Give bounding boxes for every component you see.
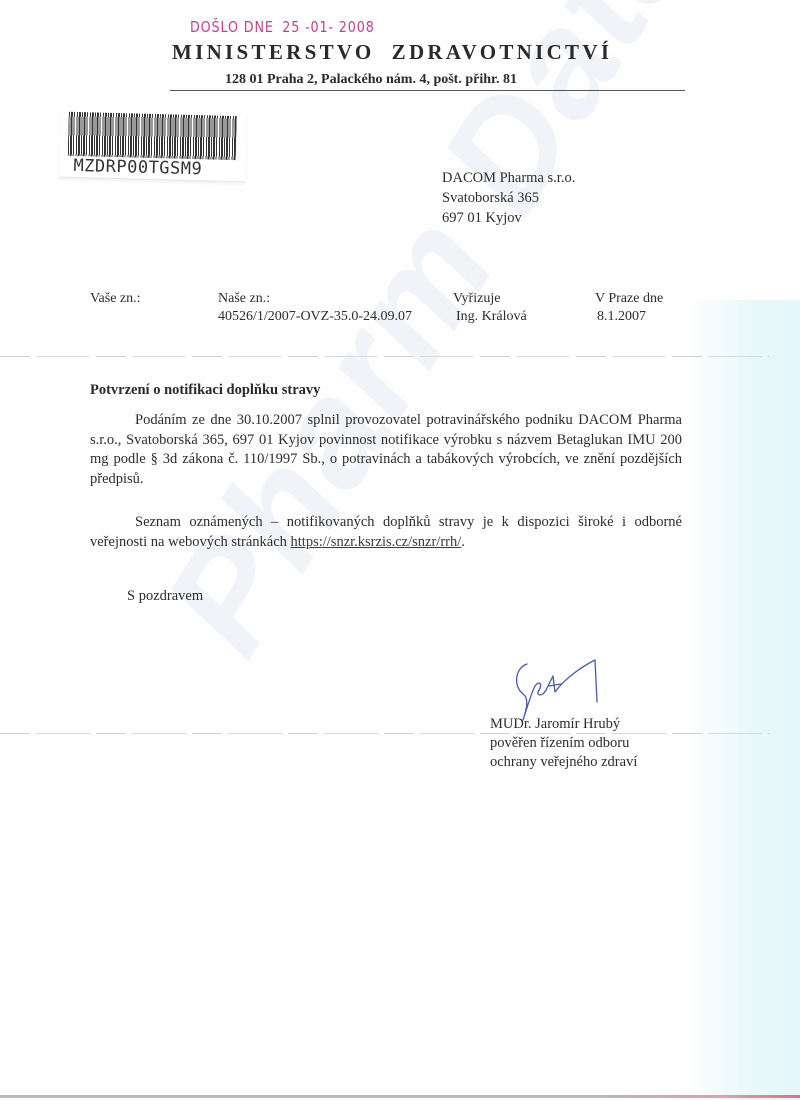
recipient-line: Svatoborská 365	[442, 188, 575, 208]
ref-our-reference: Naše zn.: 40526/1/2007-OVZ-35.0-24.09.07	[218, 290, 412, 326]
barcode-label: MZDRP00TGSM9	[59, 110, 247, 183]
body-paragraph-1: Podáním ze dne 30.10.2007 splnil provozo…	[90, 411, 682, 489]
ref-label: Vaše zn.:	[90, 290, 141, 308]
fold-line-upper	[0, 356, 770, 357]
ref-your-reference: Vaše zn.:	[90, 290, 141, 308]
ref-label: Vyřizuje	[453, 290, 527, 308]
letter-subject: Potvrzení o notifikaci doplňku stravy	[90, 382, 320, 399]
stamp-date: 25 -01- 2008	[282, 18, 374, 36]
barcode-code: MZDRP00TGSM9	[73, 156, 202, 179]
signatory-name: MUDr. Jaromír Hrubý	[490, 715, 637, 734]
ref-label: Naše zn.:	[218, 290, 412, 308]
letter-page: Pharm Data s.r.o. DOŠLO DNE25 -01- 2008 …	[0, 0, 800, 1100]
recipient-line: 697 01 Kyjov	[442, 208, 575, 228]
ref-date: V Praze dne 8.1.2007	[595, 290, 663, 326]
paragraph-text: .	[461, 534, 465, 550]
signatory-role: ochrany veřejného zdraví	[490, 753, 637, 772]
registry-link[interactable]: https://snzr.ksrzis.cz/snzr/rrh/	[291, 534, 462, 550]
received-stamp: DOŠLO DNE25 -01- 2008	[190, 18, 375, 36]
ref-handled-by: Vyřizuje Ing. Králová	[453, 290, 527, 326]
fold-line-lower	[0, 733, 770, 734]
stamp-label: DOŠLO DNE	[190, 18, 274, 36]
ref-label: V Praze dne	[595, 290, 663, 308]
ministry-name: MINISTERSTVO ZDRAVOTNICTVÍ	[172, 40, 612, 65]
signatory-block: MUDr. Jaromír Hrubý pověřen řízením odbo…	[490, 715, 637, 772]
scan-tint	[690, 300, 800, 1100]
signature-icon	[505, 658, 605, 723]
page-bottom-edge	[0, 1095, 800, 1098]
barcode-icon	[68, 112, 237, 160]
ref-value: 8.1.2007	[597, 308, 663, 326]
greeting: S pozdravem	[127, 588, 203, 605]
header-divider	[170, 90, 685, 91]
body-paragraph-2: Seznam oznámených – notifikovaných doplň…	[90, 513, 682, 552]
ministry-address: 128 01 Praha 2, Palackého nám. 4, pošt. …	[225, 72, 517, 88]
signatory-role: pověřen řízením odboru	[490, 734, 637, 753]
ref-value: 40526/1/2007-OVZ-35.0-24.09.07	[218, 308, 412, 326]
ref-value: Ing. Králová	[456, 308, 527, 326]
recipient-line: DACOM Pharma s.r.o.	[442, 168, 575, 188]
recipient-address: DACOM Pharma s.r.o. Svatoborská 365 697 …	[442, 168, 575, 228]
